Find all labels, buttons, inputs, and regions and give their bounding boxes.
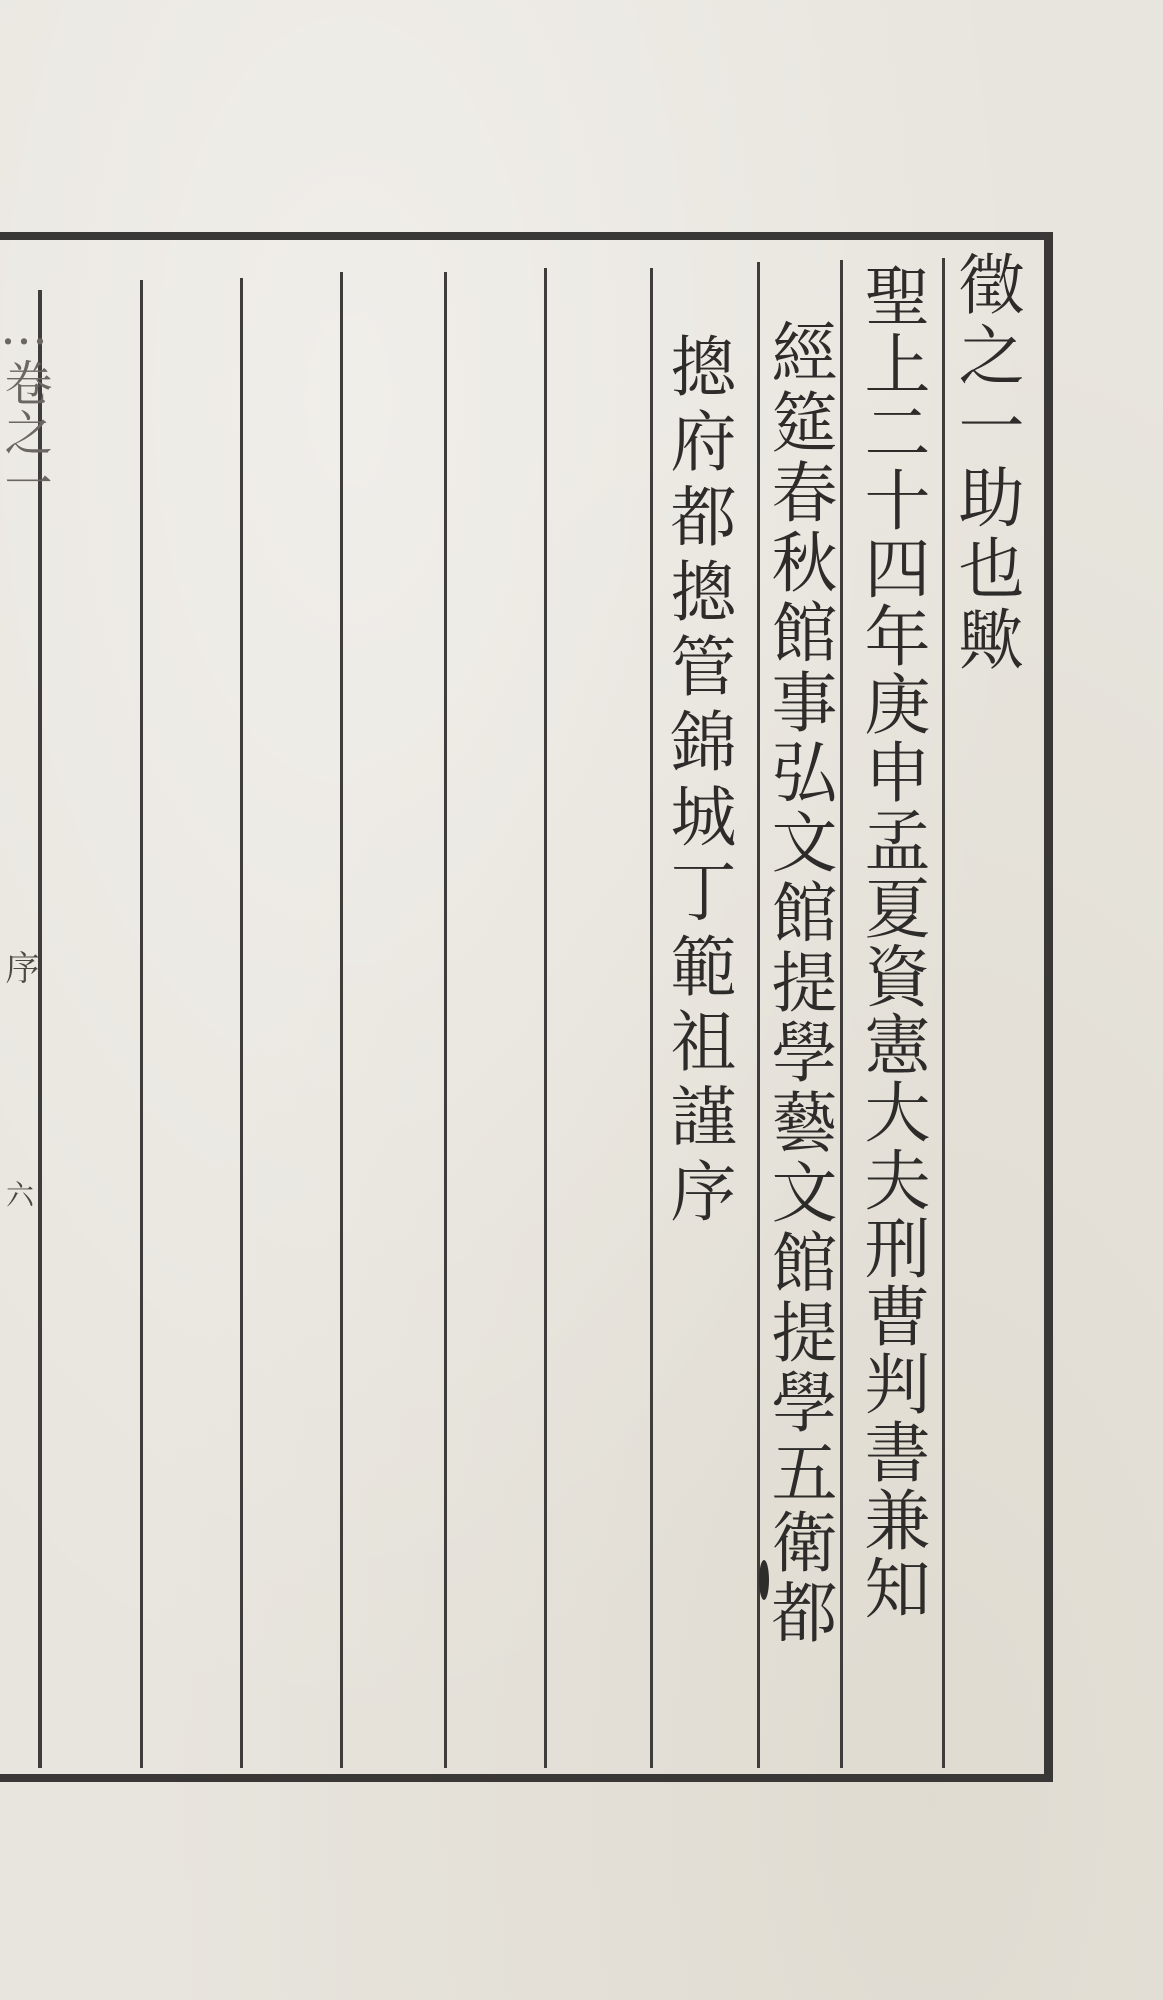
column-rule [942,258,945,1768]
margin-section-label: 序 [2,950,36,986]
column-rule [444,272,447,1768]
column-rule [340,272,343,1768]
column-rule [240,278,243,1768]
text-column-1: 徵之一助也歟 [952,250,1018,676]
text-column-3: 經筵春秋館事弘文館提學藝文館提學五衛都 [765,318,831,1648]
text-column-4: 摠府都摠管錦城丁範祖謹序 [664,332,730,1232]
column-rule [38,290,42,1768]
column-rule [840,260,843,1768]
margin-page-number: 六 [4,1180,32,1210]
column-rule [140,280,143,1768]
text-column-2: 聖上二十四年庚申孟夏資憲大夫刑曹判書兼知 [858,262,924,1622]
column-rule [544,268,547,1768]
column-rule [650,268,653,1768]
margin-title-fragment: …卷之一 [0,300,48,508]
